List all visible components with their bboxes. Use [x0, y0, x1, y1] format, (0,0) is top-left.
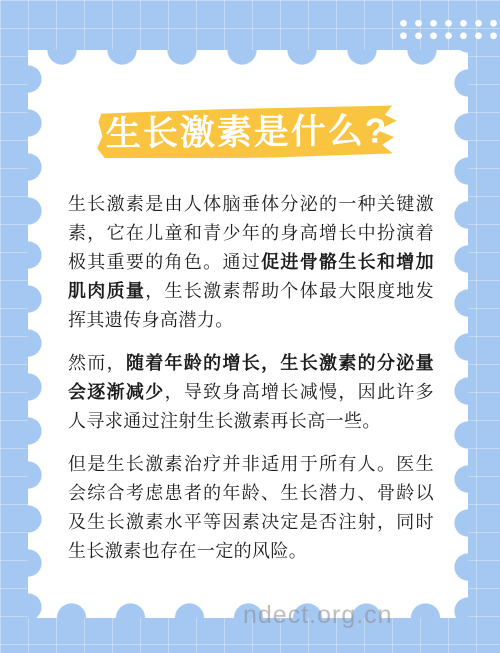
paragraph-2-text: 然而，: [68, 353, 126, 373]
watermark: ndect.org.cn: [243, 601, 393, 630]
dot-grid-icon: [396, 17, 498, 42]
poster-background: 生长激素是什么? 生长激素是由人体脑垂体分泌的一种关键激素，它在儿童和青少年的身…: [0, 0, 500, 653]
paragraph-3: 但是生长激素治疗并非适用于所有人。医生会综合考虑患者的年龄、生长潜力、骨龄以及生…: [68, 450, 434, 566]
page-title: 生长激素是什么?: [97, 105, 398, 159]
paragraph-1: 生长激素是由人体脑垂体分泌的一种关键激素，它在儿童和青少年的身高增长中扮演着极其…: [68, 190, 434, 335]
content-card: 生长激素是什么? 生长激素是由人体脑垂体分泌的一种关键激素，它在儿童和青少年的身…: [28, 50, 468, 618]
scallop-edge-left: [28, 50, 43, 618]
title-highlight-banner: 生长激素是什么?: [97, 105, 398, 159]
body-text: 生长激素是由人体脑垂体分泌的一种关键激素，它在儿童和青少年的身高增长中扮演着极其…: [68, 190, 434, 580]
scallop-edge-top: [28, 50, 468, 66]
paragraph-2: 然而，随着年龄的增长，生长激素的分泌量会逐渐减少，导致身高增长减慢，因此许多人寻…: [68, 349, 434, 436]
scallop-edge-right: [453, 50, 468, 618]
